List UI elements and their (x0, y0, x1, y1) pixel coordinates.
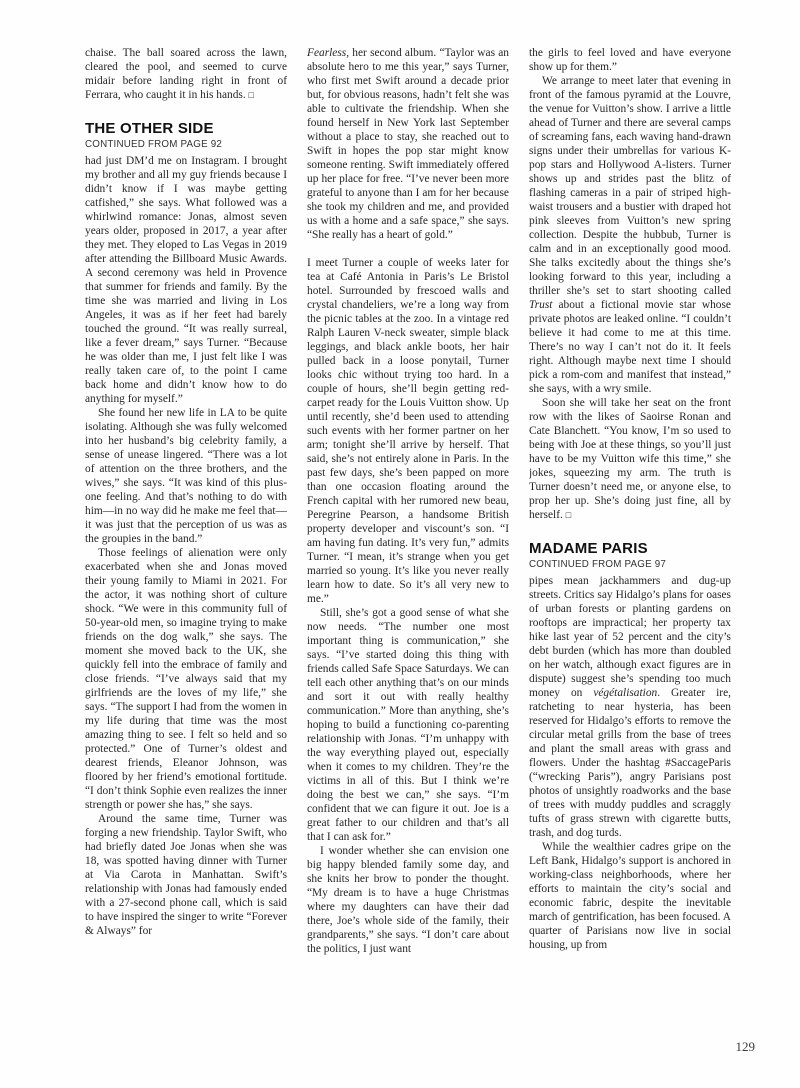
paragraph: I wonder whether she can envision one bi… (307, 844, 509, 956)
magazine-page: chaise. The ball soared across the lawn,… (0, 0, 800, 1088)
column-2: Fearless, her second album. “Taylor was … (307, 46, 509, 1031)
paragraph: pipes mean jackhammers and dug-up street… (529, 574, 731, 840)
paragraph: Still, she’s got a good sense of what sh… (307, 606, 509, 844)
paragraph: chaise. The ball soared across the lawn,… (85, 46, 287, 102)
section-heading: MADAME PARIS (529, 541, 731, 557)
paragraph: Around the same time, Turner was forging… (85, 812, 287, 938)
end-of-article-mark: □ (249, 90, 254, 100)
paragraph: While the wealthier cadres gripe on the … (529, 840, 731, 952)
page-number: 129 (736, 1039, 756, 1055)
paragraph: Soon she will take her seat on the front… (529, 396, 731, 522)
paragraph: Fearless, her second album. “Taylor was … (307, 46, 509, 242)
end-of-article-mark: □ (566, 510, 571, 520)
section-heading: THE OTHER SIDE (85, 121, 287, 137)
continued-from-line: CONTINUED FROM PAGE 97 (529, 559, 731, 570)
paragraph: had just DM’d me on Instagram. I brought… (85, 154, 287, 406)
column-3: the girls to feel loved and have everyon… (529, 46, 731, 1031)
paragraph: the girls to feel loved and have everyon… (529, 46, 731, 74)
article-columns: chaise. The ball soared across the lawn,… (85, 46, 731, 1031)
continued-from-line: CONTINUED FROM PAGE 92 (85, 139, 287, 150)
paragraph: Those feelings of alienation were only e… (85, 546, 287, 812)
paragraph: We arrange to meet later that evening in… (529, 74, 731, 396)
column-1: chaise. The ball soared across the lawn,… (85, 46, 287, 1031)
paragraph: I meet Turner a couple of weeks later fo… (307, 256, 509, 606)
paragraph: She found her new life in LA to be quite… (85, 406, 287, 546)
